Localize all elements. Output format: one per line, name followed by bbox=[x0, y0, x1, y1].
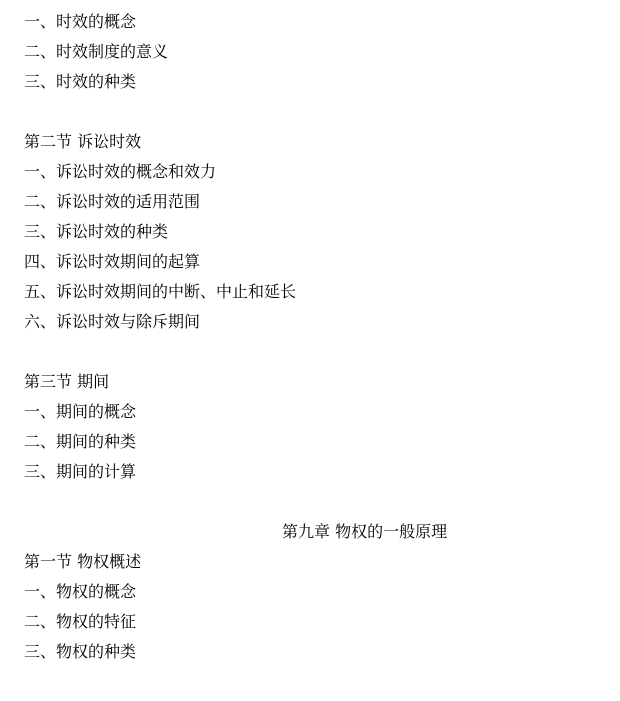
toc-item: 四、诉讼时效期间的起算 bbox=[24, 247, 620, 277]
blank-line bbox=[24, 487, 620, 517]
blank-line bbox=[24, 97, 620, 127]
toc-item: 二、期间的种类 bbox=[24, 427, 620, 457]
toc-item: 三、诉讼时效的种类 bbox=[24, 217, 620, 247]
toc-item: 三、时效的种类 bbox=[24, 67, 620, 97]
blank-line bbox=[24, 337, 620, 367]
toc-item: 五、诉讼时效期间的中断、中止和延长 bbox=[24, 277, 620, 307]
chapter-heading: 第九章 物权的一般原理 bbox=[282, 517, 620, 547]
toc-item: 一、物权的概念 bbox=[24, 577, 620, 607]
toc-item: 一、期间的概念 bbox=[24, 397, 620, 427]
document-body: 一、时效的概念二、时效制度的意义三、时效的种类第二节 诉讼时效一、诉讼时效的概念… bbox=[24, 7, 620, 667]
document-page: 一、时效的概念二、时效制度的意义三、时效的种类第二节 诉讼时效一、诉讼时效的概念… bbox=[0, 0, 620, 701]
toc-item: 二、物权的特征 bbox=[24, 607, 620, 637]
toc-item: 一、诉讼时效的概念和效力 bbox=[24, 157, 620, 187]
toc-item: 六、诉讼时效与除斥期间 bbox=[24, 307, 620, 337]
toc-item: 三、期间的计算 bbox=[24, 457, 620, 487]
section-heading: 第三节 期间 bbox=[24, 367, 620, 397]
toc-item: 三、物权的种类 bbox=[24, 637, 620, 667]
section-heading: 第二节 诉讼时效 bbox=[24, 127, 620, 157]
toc-item: 二、诉讼时效的适用范围 bbox=[24, 187, 620, 217]
section-heading: 第一节 物权概述 bbox=[24, 547, 620, 577]
toc-item: 二、时效制度的意义 bbox=[24, 37, 620, 67]
toc-item: 一、时效的概念 bbox=[24, 7, 620, 37]
